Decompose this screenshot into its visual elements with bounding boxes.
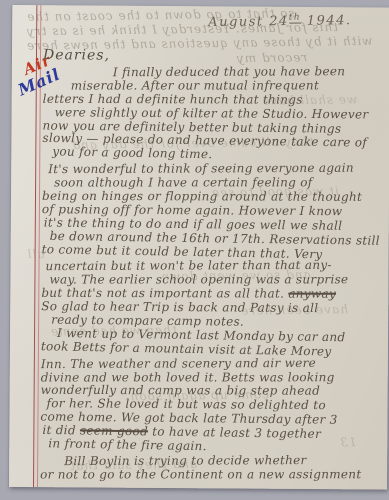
- letter-line-text: Inn. The weather and scenery and air wer…: [41, 356, 316, 371]
- letter-date: August 24th 1944.: [208, 12, 352, 30]
- bleedthrough-line: record my: [236, 50, 307, 65]
- letter-line: It's wonderful to think of seeing everyo…: [48, 161, 388, 176]
- struck-word: anyway: [288, 287, 336, 301]
- letter-line-text: divine and we both loved it. Betts was l…: [41, 370, 335, 384]
- letter-paper: so that to go down to the coast on theth…: [9, 5, 389, 490]
- letter-line-text: I finally deduced that you have been: [113, 64, 345, 79]
- letter-line: miserable. After our mutual infrequent: [71, 78, 389, 92]
- letter-body: I finally deduced that you have beenmise…: [40, 63, 389, 482]
- letter-line: Bill Boylin is trying to decide whether: [64, 453, 386, 468]
- letter-line: I finally deduced that you have been: [113, 64, 389, 79]
- date-ordinal: th: [289, 13, 302, 24]
- letter-line-text: Bill Boylin is trying to decide whether: [64, 453, 306, 468]
- letter-line-text: soon although I have a certain feeling o…: [54, 175, 312, 189]
- date-main: August 24: [208, 14, 289, 30]
- scanned-letter: so that to go down to the coast on theth…: [0, 0, 389, 500]
- letter-line-text: It's wonderful to think of seeing everyo…: [48, 161, 354, 176]
- letter-line: divine and we both loved it. Betts was l…: [41, 370, 387, 384]
- letter-line: Inn. The weather and scenery and air wer…: [41, 355, 387, 370]
- salutation: Dearies,: [43, 47, 110, 63]
- letter-line-text: uncertain but it won't be later than tha…: [46, 258, 332, 273]
- letter-line: uncertain but it won't be later than tha…: [46, 258, 388, 273]
- letter-line-text: you for a good long time.: [52, 145, 212, 162]
- letter-line: soon although I have a certain feeling o…: [54, 175, 388, 189]
- letter-line: or not to go to the Continent on a new a…: [40, 467, 386, 481]
- letter-line-text: or not to go to the Continent on a new a…: [40, 467, 361, 481]
- letter-line-text: in front of the fire again.: [48, 436, 207, 453]
- letter-line: way. The earlier school opening was a su…: [49, 273, 387, 287]
- date-year: 1944.: [301, 13, 352, 29]
- letter-line-text: way. The earlier school opening was a su…: [49, 273, 348, 287]
- letter-line-text: miserable. After our mutual infrequent: [71, 78, 319, 92]
